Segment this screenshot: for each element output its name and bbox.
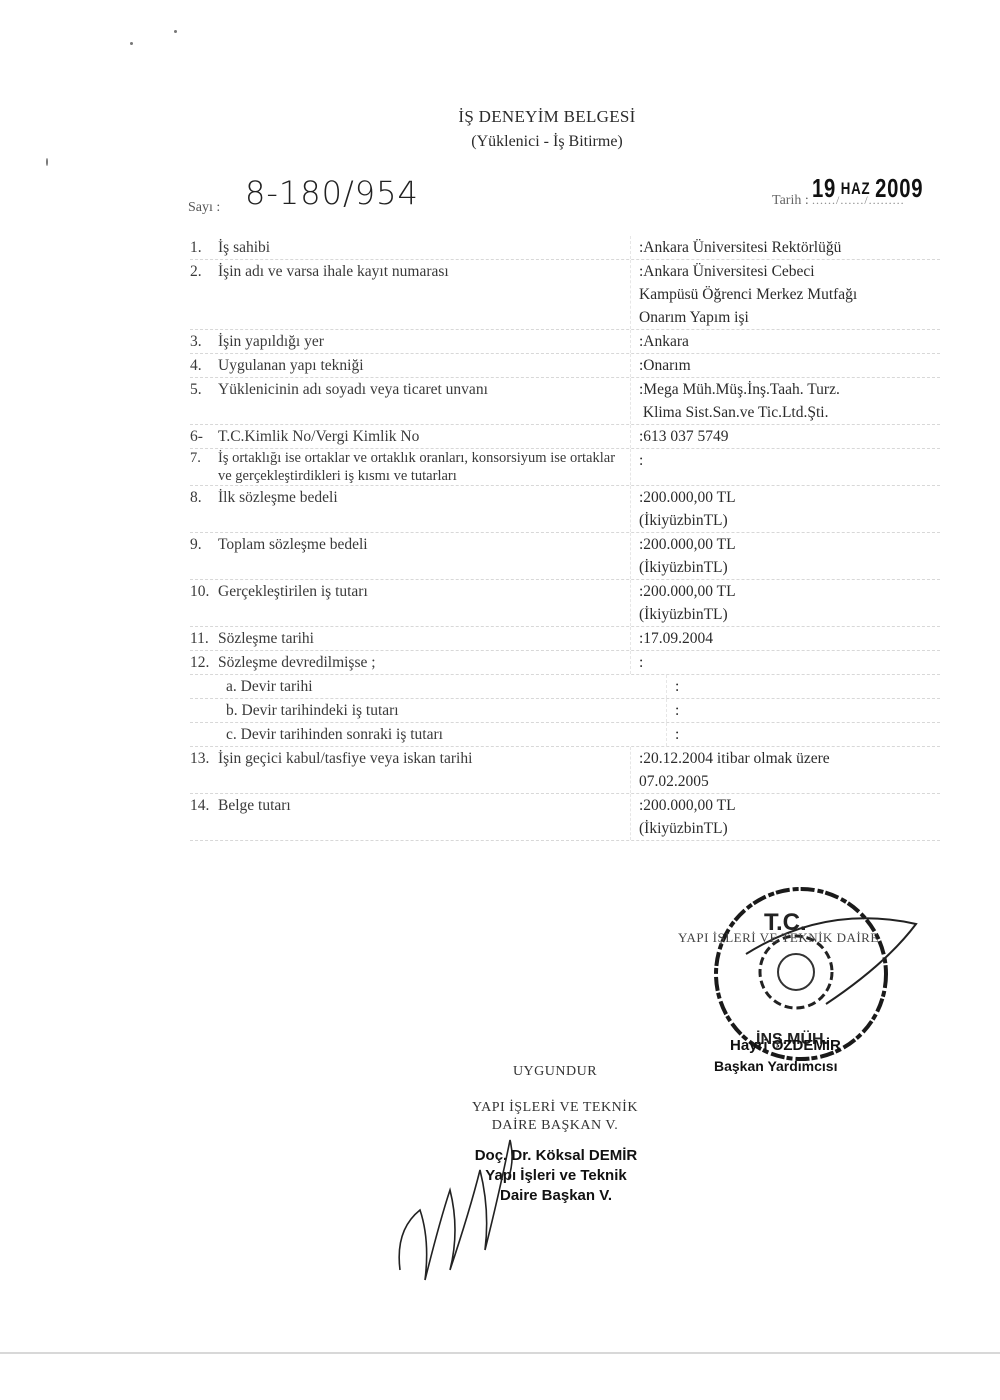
row-label-text: İlk sözleşme bedeli — [218, 486, 338, 532]
row-label-text: Toplam sözleşme bedeli — [218, 533, 368, 579]
row-value-line: :17.09.2004 — [639, 627, 940, 650]
row-value: :Ankara — [630, 330, 940, 353]
row-value: :613 037 5749 — [630, 425, 940, 448]
row-value-line: : — [675, 675, 940, 698]
row-number: 9. — [190, 533, 218, 579]
form-row: 4.Uygulanan yapı tekniği:Onarım — [190, 354, 940, 378]
row-label: 13.İşin geçici kabul/tasfiye veya iskan … — [190, 747, 630, 793]
sayi-handwritten-number: 8-180/954 — [245, 174, 419, 212]
row-label: 9.Toplam sözleşme bedeli — [190, 533, 630, 579]
form-row: a. Devir tarihi: — [190, 675, 940, 699]
approval-label: UYGUNDUR — [440, 1064, 670, 1080]
form-row: 8.İlk sözleşme bedeli:200.000,00 TL(İkiy… — [190, 486, 940, 533]
form-row: 9.Toplam sözleşme bedeli:200.000,00 TL(İ… — [190, 533, 940, 580]
row-label: a. Devir tarihi — [190, 675, 666, 698]
form-row: 3.İşin yapıldığı yer:Ankara — [190, 330, 940, 354]
row-value: : — [630, 651, 940, 674]
row-value-line: (İkiyüzbinTL) — [639, 556, 940, 579]
row-number: 6- — [190, 425, 218, 448]
row-label: 6-T.C.Kimlik No/Vergi Kimlik No — [190, 425, 630, 448]
row-label-text: c. Devir tarihinden sonraki iş tutarı — [226, 723, 443, 746]
form-row: 7.İş ortaklığı ise ortaklar ve ortaklık … — [190, 449, 940, 486]
row-value: :17.09.2004 — [630, 627, 940, 650]
row-number: 7. — [190, 449, 218, 485]
row-value-line: :200.000,00 TL — [639, 486, 940, 509]
document-title: İŞ DENEYİM BELGESİ — [0, 107, 1000, 127]
row-label: 5.Yüklenicinin adı soyadı veya ticaret u… — [190, 378, 630, 424]
document-subtitle: (Yüklenici - İş Bitirme) — [0, 133, 1000, 151]
row-label-text: Gerçekleştirilen iş tutarı — [218, 580, 368, 626]
row-value: : — [666, 675, 940, 698]
row-label-text: b. Devir tarihindeki iş tutarı — [226, 699, 399, 722]
row-label: 11.Sözleşme tarihi — [190, 627, 630, 650]
row-label: b. Devir tarihindeki iş tutarı — [190, 699, 666, 722]
scan-speck — [46, 158, 48, 166]
form-row: 11.Sözleşme tarihi:17.09.2004 — [190, 627, 940, 651]
row-label: 2.İşin adı ve varsa ihale kayıt numarası — [190, 260, 630, 329]
sayi-label: Sayı : — [188, 200, 220, 216]
row-number: 4. — [190, 354, 218, 377]
row-label: 14.Belge tutarı — [190, 794, 630, 840]
seal-officer-name: Hayri ÖZDEMİR — [730, 1037, 841, 1054]
official-seal: T.C. İNŞ.MÜH. — [676, 884, 946, 1084]
row-value-line: :613 037 5749 — [639, 425, 940, 448]
form-row: 2.İşin adı ve varsa ihale kayıt numarası… — [190, 260, 940, 330]
row-number: 10. — [190, 580, 218, 626]
row-value: :Ankara Üniversitesi CebeciKampüsü Öğren… — [630, 260, 940, 329]
seal-officer-role: Başkan Yardımcısı — [714, 1058, 837, 1074]
row-number: 1. — [190, 236, 218, 259]
row-value: :Onarım — [630, 354, 940, 377]
form-row: 5.Yüklenicinin adı soyadı veya ticaret u… — [190, 378, 940, 425]
row-value-line: :Ankara Üniversitesi Rektörlüğü — [639, 236, 940, 259]
row-value: :20.12.2004 itibar olmak üzere07.02.2005 — [630, 747, 940, 793]
form-row: 1.İş sahibi:Ankara Üniversitesi Rektörlü… — [190, 236, 940, 260]
row-value: : — [666, 723, 940, 746]
row-number: 11. — [190, 627, 218, 650]
row-label-text: İşin geçici kabul/tasfiye veya iskan tar… — [218, 747, 472, 793]
form-row: 14.Belge tutarı:200.000,00 TL(İkiyüzbinT… — [190, 794, 940, 841]
row-value: :Mega Müh.Müş.İnş.Taah. Turz. Klima Sist… — [630, 378, 940, 424]
row-label: c. Devir tarihinden sonraki iş tutarı — [190, 723, 666, 746]
row-number: 12. — [190, 651, 218, 674]
page-edge — [0, 1352, 1000, 1354]
row-label: 1.İş sahibi — [190, 236, 630, 259]
row-value: :Ankara Üniversitesi Rektörlüğü — [630, 236, 940, 259]
row-value-line: (İkiyüzbinTL) — [639, 509, 940, 532]
row-label: 8.İlk sözleşme bedeli — [190, 486, 630, 532]
row-label: 12.Sözleşme devredilmişse ; — [190, 651, 630, 674]
form-row: 12.Sözleşme devredilmişse ;: — [190, 651, 940, 675]
row-label-text: Belge tutarı — [218, 794, 291, 840]
row-value-line: :20.12.2004 itibar olmak üzere — [639, 747, 940, 770]
row-number: 2. — [190, 260, 218, 329]
row-value-line: : — [675, 723, 940, 746]
row-value-line: Onarım Yapım işi — [639, 306, 940, 329]
experience-form-table: 1.İş sahibi:Ankara Üniversitesi Rektörlü… — [190, 236, 940, 841]
row-value: :200.000,00 TL(İkiyüzbinTL) — [630, 533, 940, 579]
form-row: b. Devir tarihindeki iş tutarı: — [190, 699, 940, 723]
seal-icon: T.C. İNŞ.MÜH. — [676, 884, 946, 1084]
form-row: 6-T.C.Kimlik No/Vergi Kimlik No:613 037 … — [190, 425, 940, 449]
row-label: 7.İş ortaklığı ise ortaklar ve ortaklık … — [190, 449, 630, 485]
row-label-text: a. Devir tarihi — [226, 675, 313, 698]
row-label: 3.İşin yapıldığı yer — [190, 330, 630, 353]
row-value: :200.000,00 TL(İkiyüzbinTL) — [630, 486, 940, 532]
row-value-line: 07.02.2005 — [639, 770, 940, 793]
row-label-text: Sözleşme devredilmişse ; — [218, 651, 376, 674]
row-label: 4.Uygulanan yapı tekniği — [190, 354, 630, 377]
row-number: 5. — [190, 378, 218, 424]
seal-unit-title: YAPI İŞLERİ VE TEKNİK DAİRE — [678, 930, 879, 946]
row-value: :200.000,00 TL(İkiyüzbinTL) — [630, 580, 940, 626]
date-stamp-year: 2009 — [875, 173, 923, 203]
row-number: 8. — [190, 486, 218, 532]
row-value-line: : — [675, 699, 940, 722]
row-label-text: İş ortaklığı ise ortaklar ve ortaklık or… — [218, 449, 630, 485]
row-label-text: İşin yapıldığı yer — [218, 330, 324, 353]
row-number: 3. — [190, 330, 218, 353]
row-label-text: İşin adı ve varsa ihale kayıt numarası — [218, 260, 449, 329]
row-value-line: Kampüsü Öğrenci Merkez Mutfağı — [639, 283, 940, 306]
row-value: : — [630, 449, 940, 485]
row-label-text: Yüklenicinin adı soyadı veya ticaret unv… — [218, 378, 488, 424]
row-value-line: (İkiyüzbinTL) — [639, 603, 940, 626]
row-value-line: :Ankara Üniversitesi Cebeci — [639, 260, 940, 283]
row-value-line: : — [639, 449, 940, 472]
form-row: 10.Gerçekleştirilen iş tutarı:200.000,00… — [190, 580, 940, 627]
row-value-line: :Onarım — [639, 354, 940, 377]
row-number: 13. — [190, 747, 218, 793]
row-value-line: :Mega Müh.Müş.İnş.Taah. Turz. — [639, 378, 940, 401]
row-label-text: Sözleşme tarihi — [218, 627, 314, 650]
row-label-text: İş sahibi — [218, 236, 270, 259]
row-label: 10.Gerçekleştirilen iş tutarı — [190, 580, 630, 626]
row-value: :200.000,00 TL(İkiyüzbinTL) — [630, 794, 940, 840]
form-row: c. Devir tarihinden sonraki iş tutarı: — [190, 723, 940, 747]
row-number: 14. — [190, 794, 218, 840]
handwritten-signature-icon — [390, 1120, 540, 1290]
row-value-line: : — [639, 651, 940, 674]
row-label-text: T.C.Kimlik No/Vergi Kimlik No — [218, 425, 419, 448]
row-value-line: :Ankara — [639, 330, 940, 353]
row-label-text: Uygulanan yapı tekniği — [218, 354, 364, 377]
scan-speck — [130, 42, 133, 45]
row-value-line: (İkiyüzbinTL) — [639, 817, 940, 840]
row-value: : — [666, 699, 940, 722]
row-value-line: Klima Sist.San.ve Tic.Ltd.Şti. — [639, 401, 940, 424]
date-stamp-day: 19 — [812, 173, 836, 203]
date-stamp-month: HAZ — [841, 179, 871, 198]
tarih-label: Tarih : — [772, 193, 809, 209]
scan-speck — [174, 30, 177, 33]
form-row: 13.İşin geçici kabul/tasfiye veya iskan … — [190, 747, 940, 794]
row-value-line: :200.000,00 TL — [639, 533, 940, 556]
row-value-line: :200.000,00 TL — [639, 580, 940, 603]
approval-unit-line1: YAPI İŞLERİ VE TEKNİK — [440, 1100, 670, 1116]
date-stamp: 19HAZ2009 — [812, 173, 923, 204]
row-value-line: :200.000,00 TL — [639, 794, 940, 817]
